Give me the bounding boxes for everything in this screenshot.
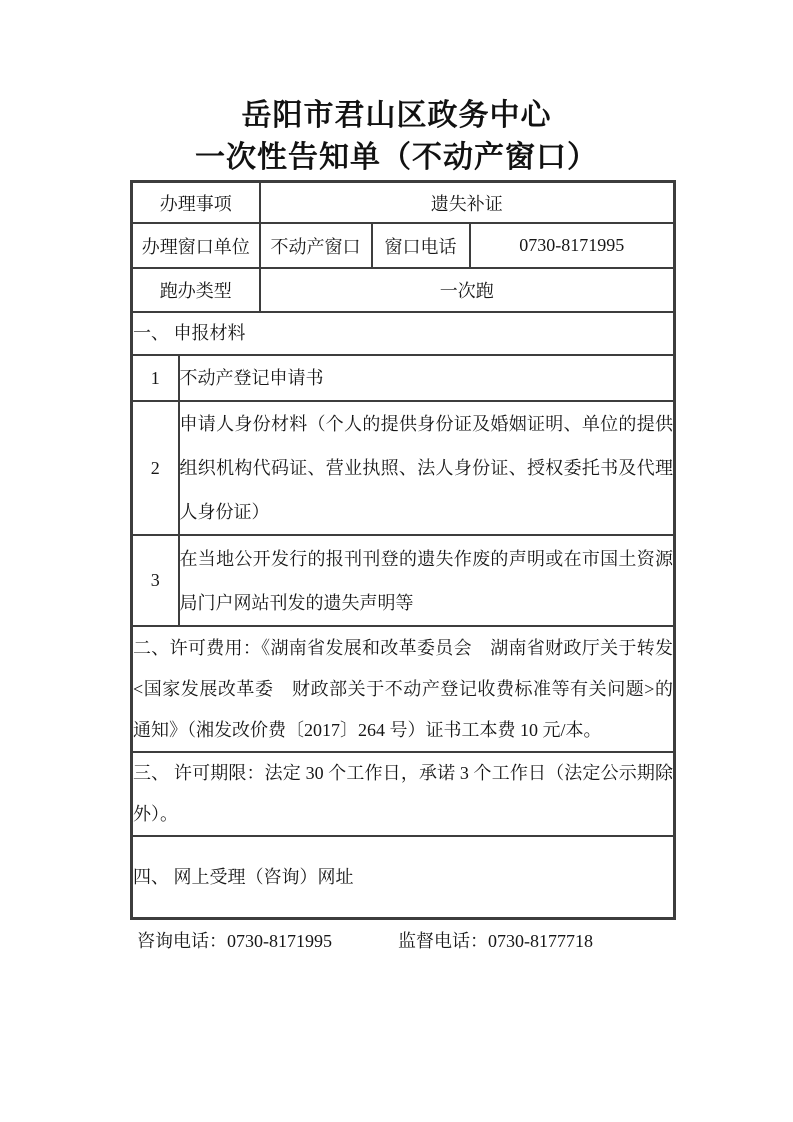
material-1-number: 1	[132, 355, 179, 401]
run-type-label: 跑办类型	[132, 268, 260, 312]
table-row-online: 四、 网上受理（咨询）网址	[132, 836, 675, 919]
window-unit-label: 办理窗口单位	[132, 223, 260, 268]
table-row-material-3: 3 在当地公开发行的报刊刊登的遗失作废的声明或在市国土资源局门户网站刊发的遗失声…	[132, 535, 675, 626]
table-row-fee: 二、许可费用：《湖南省发展和改革委员会 湖南省财政厅关于转发<国家发展改革委 财…	[132, 626, 675, 752]
duration-section-text: 三、 许可期限：法定 30 个工作日，承诺 3 个工作日（法定公示期除外）。	[132, 752, 675, 836]
online-section-text: 四、 网上受理（咨询）网址	[132, 836, 675, 919]
window-unit-value: 不动产窗口	[260, 223, 372, 268]
materials-heading: 一、 申报材料	[132, 312, 675, 355]
fee-section-text: 二、许可费用：《湖南省发展和改革委员会 湖南省财政厅关于转发<国家发展改革委 财…	[132, 626, 675, 752]
table-row-run-type: 跑办类型 一次跑	[132, 268, 675, 312]
document-page: 岳阳市君山区政务中心 一次性告知单（不动产窗口） 办理事项 遗失补证 办理窗口单…	[0, 0, 793, 1122]
material-3-text: 在当地公开发行的报刊刊登的遗失作废的声明或在市国土资源局门户网站刊发的遗失声明等	[179, 535, 675, 626]
material-1-text: 不动产登记申请书	[179, 355, 675, 401]
material-3-number: 3	[132, 535, 179, 626]
window-phone-value: 0730-8171995	[470, 223, 675, 268]
page-title-line2: 一次性告知单（不动产窗口）	[0, 137, 793, 179]
consult-phone: 咨询电话：0730-8171995	[137, 928, 332, 955]
table-row-material-1: 1 不动产登记申请书	[132, 355, 675, 401]
material-2-text: 申请人身份材料（个人的提供身份证及婚姻证明、单位的提供组织机构代码证、营业执照、…	[179, 401, 675, 535]
document-header: 岳阳市君山区政务中心 一次性告知单（不动产窗口）	[0, 0, 793, 179]
table-row-material-2: 2 申请人身份材料（个人的提供身份证及婚姻证明、单位的提供组织机构代码证、营业执…	[132, 401, 675, 535]
notice-table: 办理事项 遗失补证 办理窗口单位 不动产窗口 窗口电话 0730-8171995…	[130, 180, 676, 920]
run-type-value: 一次跑	[260, 268, 675, 312]
matter-label: 办理事项	[132, 182, 260, 224]
window-phone-label: 窗口电话	[372, 223, 470, 268]
table-row-window: 办理窗口单位 不动产窗口 窗口电话 0730-8171995	[132, 223, 675, 268]
material-2-number: 2	[132, 401, 179, 535]
table-row-materials-heading: 一、 申报材料	[132, 312, 675, 355]
supervise-phone: 监督电话：0730-8177718	[398, 928, 593, 955]
table-row-duration: 三、 许可期限：法定 30 个工作日，承诺 3 个工作日（法定公示期除外）。	[132, 752, 675, 836]
table-row-matter: 办理事项 遗失补证	[132, 182, 675, 224]
page-footer: 咨询电话：0730-8171995 监督电话：0730-8177718	[0, 928, 793, 955]
matter-value: 遗失补证	[260, 182, 675, 224]
page-title-line1: 岳阳市君山区政务中心	[0, 95, 793, 137]
